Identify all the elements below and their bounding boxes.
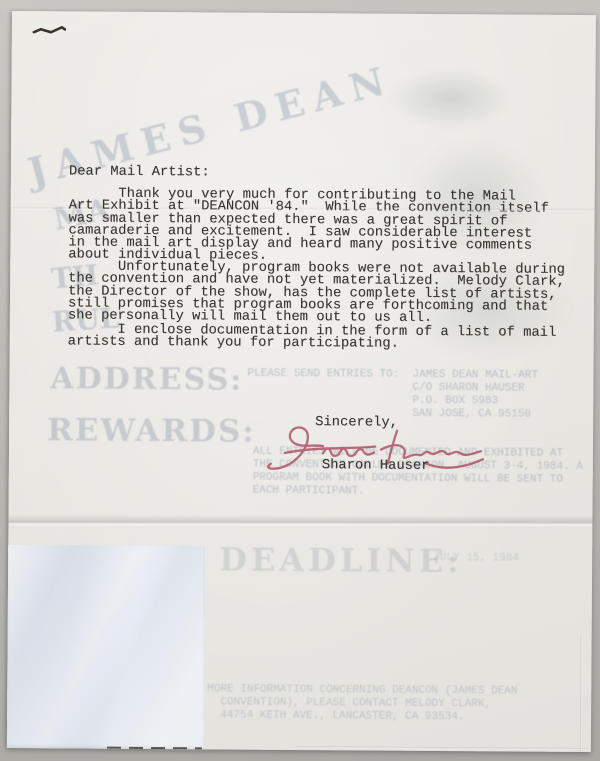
ghost-label-address: ADDRESS: <box>50 361 243 397</box>
ghost-address-block: PLEASE SEND ENTRIES TO: JAMES DEAN MAIL-… <box>247 368 538 422</box>
ghost-deadline-date: JULY 15, 1984 <box>433 552 519 566</box>
letter-paragraph-2: Unfortunately, program books were not av… <box>68 261 565 326</box>
photo-of-letter: JAMES DEAN MA TH RUL ADDRESS: REWARDS: D… <box>0 0 600 761</box>
staple-mark <box>32 24 68 36</box>
underlying-sheet-edge-horizontal <box>295 746 587 750</box>
letter-paragraph-3: I enclose documentation in the form of a… <box>68 324 557 352</box>
ghost-contact-block: MORE INFORMATION CONCERNING DEANCON (JAM… <box>207 683 518 724</box>
bottom-sheet-dark-edge <box>107 747 202 750</box>
ghost-label-rewards: REWARDS: <box>47 412 256 449</box>
underlying-sheet-edge-vertical <box>580 634 583 752</box>
letter-paragraph-1: Thank you very much for contributing to … <box>68 188 549 265</box>
letter-salutation: Dear Mail Artist: <box>69 166 210 179</box>
fold-crease-middle <box>8 516 592 529</box>
bottom-left-sheet-show-through <box>7 545 205 749</box>
ghost-label-deadline: DEADLINE: <box>219 540 463 580</box>
letter-paper: JAMES DEAN MA TH RUL ADDRESS: REWARDS: D… <box>7 11 596 752</box>
letter-typed-name: Sharon Hauser <box>322 460 430 473</box>
